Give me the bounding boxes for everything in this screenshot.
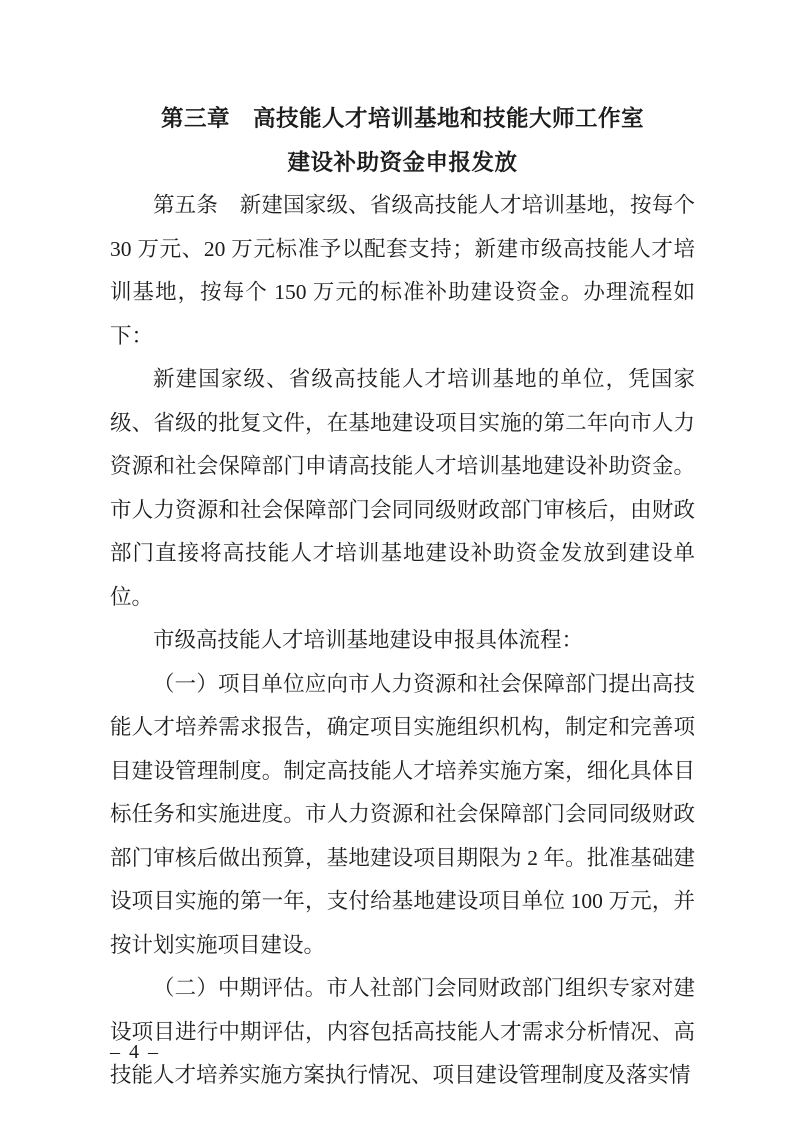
paragraph-step-one: （一）项目单位应向市人力资源和社会保障部门提出高技能人才培养需求报告，确定项目实… — [110, 663, 695, 968]
chapter-heading-line-2: 建设补助资金申报发放 — [110, 141, 695, 185]
paragraph-step-two: （二）中期评估。市人社部门会同财政部门组织专家对建设项目进行中期评估，内容包括高… — [110, 967, 695, 1098]
paragraph-article-5: 第五条 新建国家级、省级高技能人才培训基地，按每个 30 万元、20 万元标准予… — [110, 184, 695, 358]
page-number: – 4 – — [110, 1040, 160, 1064]
document-page: 第三章 高技能人才培训基地和技能大师工作室 建设补助资金申报发放 第五条 新建国… — [0, 0, 793, 1122]
paragraph-municipal-process-intro: 市级高技能人才培训基地建设申报具体流程： — [110, 619, 695, 663]
paragraph-national-provincial-process: 新建国家级、省级高技能人才培训基地的单位，凭国家级、省级的批复文件，在基地建设项… — [110, 358, 695, 619]
chapter-heading-line-1: 第三章 高技能人才培训基地和技能大师工作室 — [110, 97, 695, 141]
document-content: 第三章 高技能人才培训基地和技能大师工作室 建设补助资金申报发放 第五条 新建国… — [110, 97, 695, 1098]
